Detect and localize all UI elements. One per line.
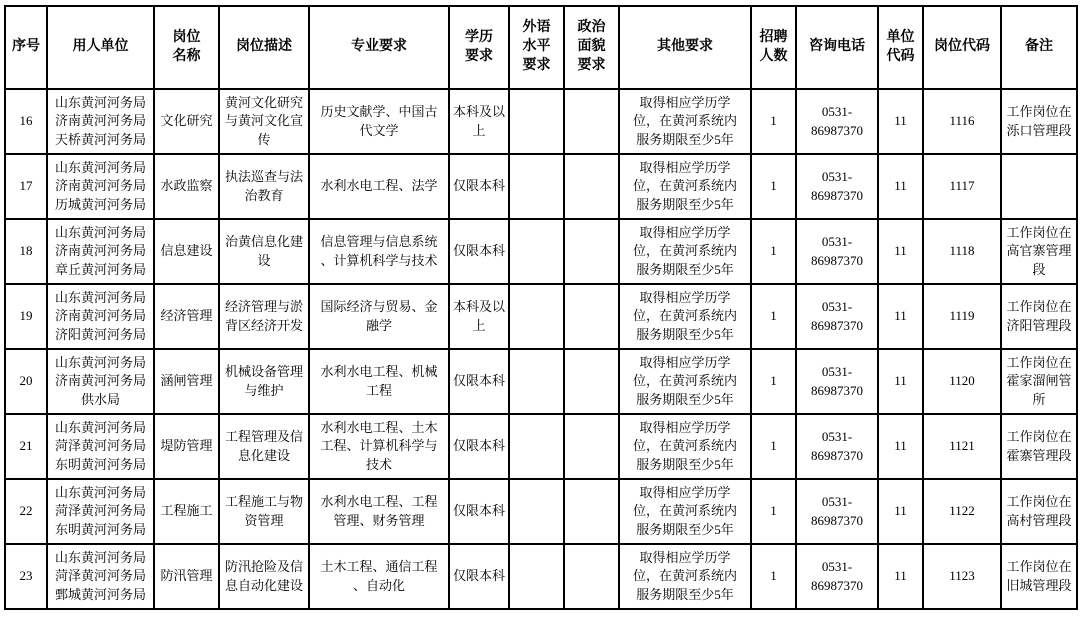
cell-position-code: 1119 [923, 284, 1001, 349]
cell-employer: 山东黄河河务局 济南黄河河务局 天桥黄河河务局 [47, 89, 154, 154]
header-other-requirements: 其他要求 [619, 6, 751, 89]
cell-political-status-requirement [564, 219, 619, 284]
header-row: 序号 用人单位 岗位 名称 岗位描述 专业要求 学历 要求 外语 水平 要求 政… [5, 6, 1077, 89]
cell-remark: 工作岗位在 济阳管理段 [1001, 284, 1077, 349]
cell-political-status-requirement [564, 479, 619, 544]
cell-political-status-requirement [564, 154, 619, 219]
cell-seq: 23 [5, 544, 47, 609]
cell-headcount: 1 [751, 349, 796, 414]
cell-headcount: 1 [751, 284, 796, 349]
cell-major-requirement: 历史文献学、中国古 代文学 [309, 89, 449, 154]
cell-seq: 21 [5, 414, 47, 479]
cell-foreign-language-requirement [509, 349, 564, 414]
cell-other-requirements: 取得相应学历学 位，在黄河系统内 服务期限至少5年 [619, 154, 751, 219]
cell-seq: 19 [5, 284, 47, 349]
cell-political-status-requirement [564, 284, 619, 349]
cell-position-description: 治黄信息化建 设 [219, 219, 309, 284]
cell-headcount: 1 [751, 219, 796, 284]
cell-employer: 山东黄河河务局 菏泽黄河河务局 鄄城黄河河务局 [47, 544, 154, 609]
cell-phone: 0531- 86987370 [796, 414, 878, 479]
cell-headcount: 1 [751, 479, 796, 544]
cell-position-name: 工程施工 [154, 479, 219, 544]
table-row: 20山东黄河河务局 济南黄河河务局 供水局涵闸管理机械设备管理 与维护水利水电工… [5, 349, 1077, 414]
table-header: 序号 用人单位 岗位 名称 岗位描述 专业要求 学历 要求 外语 水平 要求 政… [5, 6, 1077, 89]
cell-phone: 0531- 86987370 [796, 479, 878, 544]
table-row: 17山东黄河河务局 济南黄河河务局 历城黄河河务局水政监察执法巡查与法 治教育水… [5, 154, 1077, 219]
cell-seq: 20 [5, 349, 47, 414]
cell-position-description: 经济管理与淤 背区经济开发 [219, 284, 309, 349]
cell-employer: 山东黄河河务局 菏泽黄河河务局 东明黄河河务局 [47, 414, 154, 479]
cell-remark: 工作岗位在 霍家溜闸管 所 [1001, 349, 1077, 414]
cell-foreign-language-requirement [509, 544, 564, 609]
cell-foreign-language-requirement [509, 284, 564, 349]
header-position-code: 岗位代码 [923, 6, 1001, 89]
cell-foreign-language-requirement [509, 479, 564, 544]
cell-position-code: 1121 [923, 414, 1001, 479]
cell-political-status-requirement [564, 414, 619, 479]
cell-phone: 0531- 86987370 [796, 349, 878, 414]
cell-foreign-language-requirement [509, 219, 564, 284]
cell-phone: 0531- 86987370 [796, 544, 878, 609]
table-row: 16山东黄河河务局 济南黄河河务局 天桥黄河河务局文化研究黄河文化研究 与黄河文… [5, 89, 1077, 154]
cell-headcount: 1 [751, 89, 796, 154]
cell-position-name: 防汛管理 [154, 544, 219, 609]
header-position-description: 岗位描述 [219, 6, 309, 89]
cell-remark [1001, 154, 1077, 219]
cell-headcount: 1 [751, 414, 796, 479]
header-employer: 用人单位 [47, 6, 154, 89]
cell-position-code: 1116 [923, 89, 1001, 154]
cell-position-code: 1120 [923, 349, 1001, 414]
cell-foreign-language-requirement [509, 154, 564, 219]
cell-position-name: 水政监察 [154, 154, 219, 219]
header-unit-code: 单位 代码 [878, 6, 923, 89]
header-political-status-requirement: 政治 面貌 要求 [564, 6, 619, 89]
cell-position-description: 黄河文化研究 与黄河文化宣 传 [219, 89, 309, 154]
cell-political-status-requirement [564, 544, 619, 609]
cell-political-status-requirement [564, 349, 619, 414]
table-row: 19山东黄河河务局 济南黄河河务局 济阳黄河河务局经济管理经济管理与淤 背区经济… [5, 284, 1077, 349]
cell-position-name: 经济管理 [154, 284, 219, 349]
cell-foreign-language-requirement [509, 414, 564, 479]
header-education-requirement: 学历 要求 [449, 6, 509, 89]
header-position-name: 岗位 名称 [154, 6, 219, 89]
cell-other-requirements: 取得相应学历学 位，在黄河系统内 服务期限至少5年 [619, 284, 751, 349]
cell-employer: 山东黄河河务局 济南黄河河务局 济阳黄河河务局 [47, 284, 154, 349]
cell-other-requirements: 取得相应学历学 位，在黄河系统内 服务期限至少5年 [619, 414, 751, 479]
cell-employer: 山东黄河河务局 济南黄河河务局 章丘黄河河务局 [47, 219, 154, 284]
header-seq: 序号 [5, 6, 47, 89]
cell-major-requirement: 水利水电工程、工程 管理、财务管理 [309, 479, 449, 544]
cell-other-requirements: 取得相应学历学 位，在黄河系统内 服务期限至少5年 [619, 479, 751, 544]
cell-unit-code: 11 [878, 154, 923, 219]
cell-employer: 山东黄河河务局 济南黄河河务局 历城黄河河务局 [47, 154, 154, 219]
table-row: 23山东黄河河务局 菏泽黄河河务局 鄄城黄河河务局防汛管理防汛抢险及信 息自动化… [5, 544, 1077, 609]
cell-headcount: 1 [751, 154, 796, 219]
cell-position-code: 1118 [923, 219, 1001, 284]
cell-major-requirement: 水利水电工程、机械 工程 [309, 349, 449, 414]
cell-position-name: 信息建设 [154, 219, 219, 284]
table-row: 21山东黄河河务局 菏泽黄河河务局 东明黄河河务局堤防管理工程管理及信 息化建设… [5, 414, 1077, 479]
cell-position-description: 机械设备管理 与维护 [219, 349, 309, 414]
cell-political-status-requirement [564, 89, 619, 154]
cell-other-requirements: 取得相应学历学 位，在黄河系统内 服务期限至少5年 [619, 544, 751, 609]
cell-employer: 山东黄河河务局 济南黄河河务局 供水局 [47, 349, 154, 414]
cell-seq: 22 [5, 479, 47, 544]
cell-position-name: 文化研究 [154, 89, 219, 154]
cell-remark: 工作岗位在 高村管理段 [1001, 479, 1077, 544]
cell-foreign-language-requirement [509, 89, 564, 154]
header-headcount: 招聘 人数 [751, 6, 796, 89]
cell-phone: 0531- 86987370 [796, 284, 878, 349]
cell-education-requirement: 仅限本科 [449, 479, 509, 544]
cell-position-description: 执法巡查与法 治教育 [219, 154, 309, 219]
cell-seq: 18 [5, 219, 47, 284]
cell-other-requirements: 取得相应学历学 位，在黄河系统内 服务期限至少5年 [619, 349, 751, 414]
cell-position-name: 堤防管理 [154, 414, 219, 479]
cell-position-description: 防汛抢险及信 息自动化建设 [219, 544, 309, 609]
cell-major-requirement: 水利水电工程、法学 [309, 154, 449, 219]
cell-major-requirement: 水利水电工程、土木 工程、计算机科学与 技术 [309, 414, 449, 479]
cell-headcount: 1 [751, 544, 796, 609]
cell-position-code: 1122 [923, 479, 1001, 544]
cell-education-requirement: 仅限本科 [449, 349, 509, 414]
cell-position-description: 工程管理及信 息化建设 [219, 414, 309, 479]
cell-education-requirement: 本科及以 上 [449, 284, 509, 349]
header-phone: 咨询电话 [796, 6, 878, 89]
cell-major-requirement: 信息管理与信息系统 、计算机科学与技术 [309, 219, 449, 284]
cell-position-name: 涵闸管理 [154, 349, 219, 414]
cell-remark: 工作岗位在 高官寨管理 段 [1001, 219, 1077, 284]
header-foreign-language-requirement: 外语 水平 要求 [509, 6, 564, 89]
cell-unit-code: 11 [878, 349, 923, 414]
cell-education-requirement: 仅限本科 [449, 544, 509, 609]
table-row: 22山东黄河河务局 菏泽黄河河务局 东明黄河河务局工程施工工程施工与物 资管理水… [5, 479, 1077, 544]
header-remark: 备注 [1001, 6, 1077, 89]
cell-unit-code: 11 [878, 479, 923, 544]
cell-remark: 工作岗位在 泺口管理段 [1001, 89, 1077, 154]
cell-phone: 0531- 86987370 [796, 219, 878, 284]
cell-unit-code: 11 [878, 89, 923, 154]
cell-education-requirement: 仅限本科 [449, 414, 509, 479]
cell-education-requirement: 仅限本科 [449, 219, 509, 284]
table-body: 16山东黄河河务局 济南黄河河务局 天桥黄河河务局文化研究黄河文化研究 与黄河文… [5, 89, 1077, 609]
cell-seq: 17 [5, 154, 47, 219]
cell-other-requirements: 取得相应学历学 位，在黄河系统内 服务期限至少5年 [619, 89, 751, 154]
header-major-requirement: 专业要求 [309, 6, 449, 89]
cell-position-code: 1123 [923, 544, 1001, 609]
cell-remark: 工作岗位在 霍寨管理段 [1001, 414, 1077, 479]
cell-other-requirements: 取得相应学历学 位，在黄河系统内 服务期限至少5年 [619, 219, 751, 284]
cell-unit-code: 11 [878, 544, 923, 609]
cell-phone: 0531- 86987370 [796, 89, 878, 154]
cell-phone: 0531- 86987370 [796, 154, 878, 219]
cell-major-requirement: 土木工程、通信工程 、自动化 [309, 544, 449, 609]
cell-position-description: 工程施工与物 资管理 [219, 479, 309, 544]
cell-education-requirement: 仅限本科 [449, 154, 509, 219]
cell-unit-code: 11 [878, 414, 923, 479]
cell-unit-code: 11 [878, 219, 923, 284]
cell-seq: 16 [5, 89, 47, 154]
cell-unit-code: 11 [878, 284, 923, 349]
recruitment-positions-table: 序号 用人单位 岗位 名称 岗位描述 专业要求 学历 要求 外语 水平 要求 政… [4, 5, 1078, 610]
cell-employer: 山东黄河河务局 菏泽黄河河务局 东明黄河河务局 [47, 479, 154, 544]
cell-major-requirement: 国际经济与贸易、金 融学 [309, 284, 449, 349]
cell-position-code: 1117 [923, 154, 1001, 219]
table-row: 18山东黄河河务局 济南黄河河务局 章丘黄河河务局信息建设治黄信息化建 设信息管… [5, 219, 1077, 284]
cell-remark: 工作岗位在 旧城管理段 [1001, 544, 1077, 609]
cell-education-requirement: 本科及以 上 [449, 89, 509, 154]
